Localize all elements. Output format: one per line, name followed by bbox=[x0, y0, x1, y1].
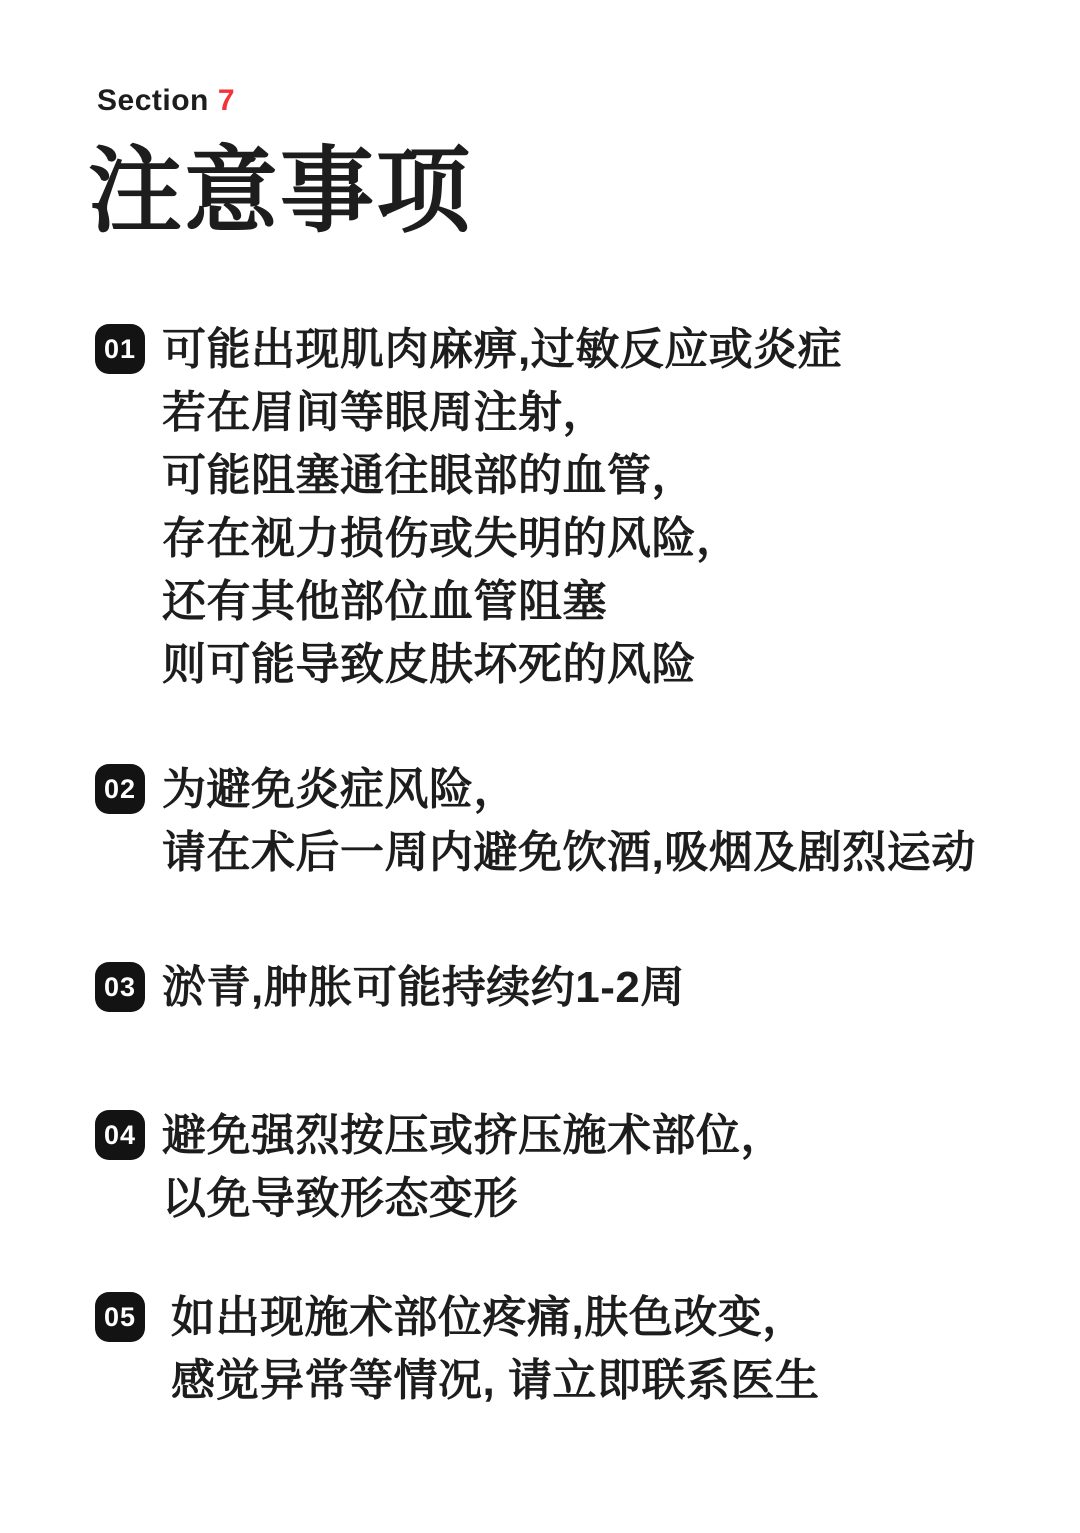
item-line: 淤青,肿胀可能持续约1-2周 bbox=[162, 956, 685, 1019]
item-text: 避免强烈按压或挤压施术部位，以免导致形态变形 bbox=[162, 1104, 785, 1230]
page: Section7 注意事项 01 可能出现肌肉麻痹,过敏反应或炎症若在眉间等眼周… bbox=[0, 0, 1080, 1533]
precaution-item: 02 为避免炎症风险，请在术后一周内避免饮酒,吸烟及剧烈运动 bbox=[95, 758, 976, 884]
item-number: 01 bbox=[104, 334, 136, 365]
item-number-badge: 05 bbox=[95, 1292, 145, 1342]
item-number-badge: 01 bbox=[95, 324, 145, 374]
item-number-badge: 04 bbox=[95, 1110, 145, 1160]
item-number-badge: 02 bbox=[95, 764, 145, 814]
precaution-item: 01 可能出现肌肉麻痹,过敏反应或炎症若在眉间等眼周注射，可能阻塞通往眼部的血管… bbox=[95, 318, 842, 696]
item-line: 为避免炎症风险， bbox=[162, 758, 976, 821]
item-number: 03 bbox=[104, 972, 136, 1003]
item-number-badge: 03 bbox=[95, 962, 145, 1012]
item-number: 05 bbox=[104, 1302, 136, 1333]
item-number: 02 bbox=[104, 774, 136, 805]
item-line: 若在眉间等眼周注射， bbox=[162, 381, 842, 444]
item-text: 如出现施术部位疼痛,肤色改变，感觉异常等情况, 请立即联系医生 bbox=[171, 1286, 819, 1412]
item-line: 以免导致形态变形 bbox=[162, 1167, 785, 1230]
precaution-item: 03 淤青,肿胀可能持续约1-2周 bbox=[95, 956, 685, 1019]
item-line: 则可能导致皮肤坏死的风险 bbox=[162, 633, 842, 696]
item-line: 感觉异常等情况, 请立即联系医生 bbox=[171, 1349, 819, 1412]
item-line: 存在视力损伤或失明的风险， bbox=[162, 507, 842, 570]
item-text: 可能出现肌肉麻痹,过敏反应或炎症若在眉间等眼周注射，可能阻塞通往眼部的血管，存在… bbox=[162, 318, 842, 696]
item-line: 避免强烈按压或挤压施术部位， bbox=[162, 1104, 785, 1167]
item-line: 还有其他部位血管阻塞 bbox=[162, 570, 842, 633]
item-line: 请在术后一周内避免饮酒,吸烟及剧烈运动 bbox=[162, 821, 976, 884]
item-line: 可能出现肌肉麻痹,过敏反应或炎症 bbox=[162, 318, 842, 381]
precaution-item: 05 如出现施术部位疼痛,肤色改变，感觉异常等情况, 请立即联系医生 bbox=[95, 1286, 819, 1412]
item-text: 淤青,肿胀可能持续约1-2周 bbox=[162, 956, 685, 1019]
precautions-list: 01 可能出现肌肉麻痹,过敏反应或炎症若在眉间等眼周注射，可能阻塞通往眼部的血管… bbox=[0, 0, 1080, 1533]
item-text: 为避免炎症风险，请在术后一周内避免饮酒,吸烟及剧烈运动 bbox=[162, 758, 976, 884]
precaution-item: 04 避免强烈按压或挤压施术部位，以免导致形态变形 bbox=[95, 1104, 785, 1230]
item-line: 可能阻塞通往眼部的血管， bbox=[162, 444, 842, 507]
item-number: 04 bbox=[104, 1120, 136, 1151]
item-line: 如出现施术部位疼痛,肤色改变， bbox=[171, 1286, 819, 1349]
